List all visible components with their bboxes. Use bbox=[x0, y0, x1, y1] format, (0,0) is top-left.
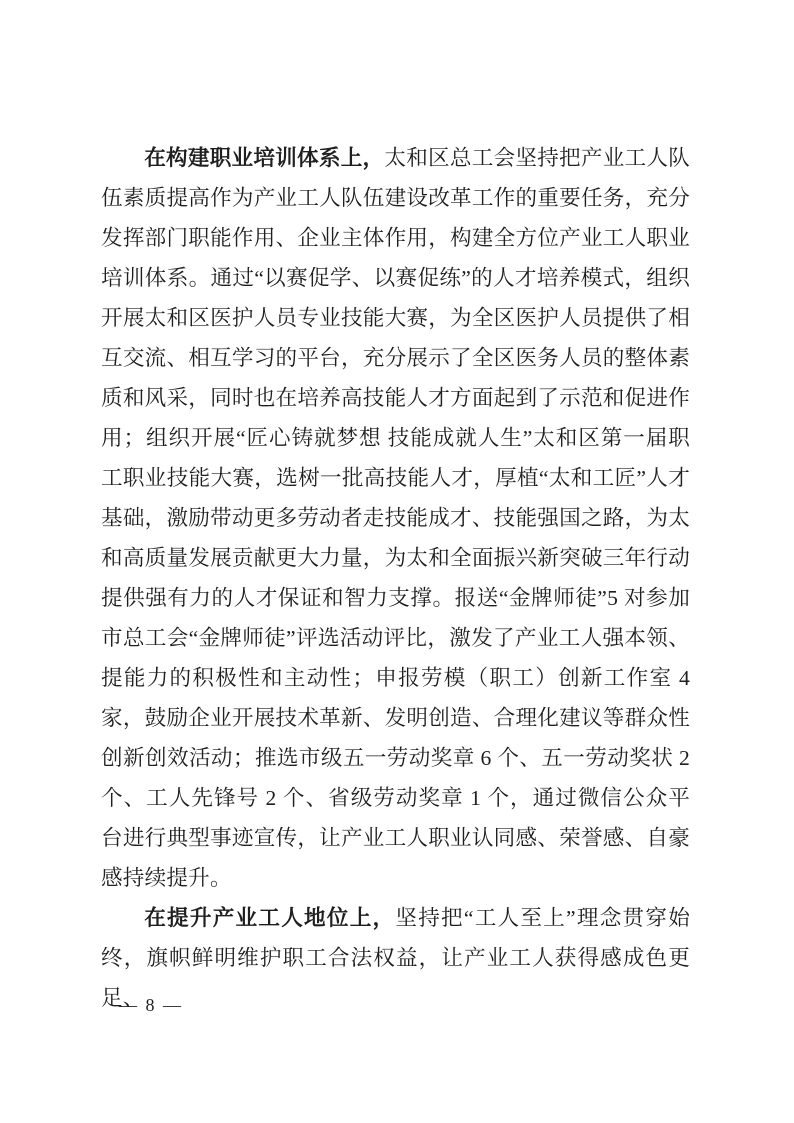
paragraph-lead: 在构建职业培训体系上， bbox=[144, 146, 384, 170]
paragraph: 在构建职业培训体系上，太和区总工会坚持把产业工人队伍素质提高作为产业工人队伍建设… bbox=[101, 138, 690, 898]
document-body: 在构建职业培训体系上，太和区总工会坚持把产业工人队伍素质提高作为产业工人队伍建设… bbox=[101, 138, 690, 1018]
paragraph-body: 太和区总工会坚持把产业工人队伍素质提高作为产业工人队伍建设改革工作的重要任务，充… bbox=[101, 146, 690, 890]
document-page: 在构建职业培训体系上，太和区总工会坚持把产业工人队伍素质提高作为产业工人队伍建设… bbox=[0, 0, 794, 1123]
paragraph: 在提升产业工人地位上，坚持把“工人至上”理念贯穿始终，旗帜鲜明维护职工合法权益，… bbox=[101, 898, 690, 1018]
paragraph-lead: 在提升产业工人地位上， bbox=[144, 906, 395, 930]
page-number: — 8 — bbox=[119, 995, 183, 1015]
